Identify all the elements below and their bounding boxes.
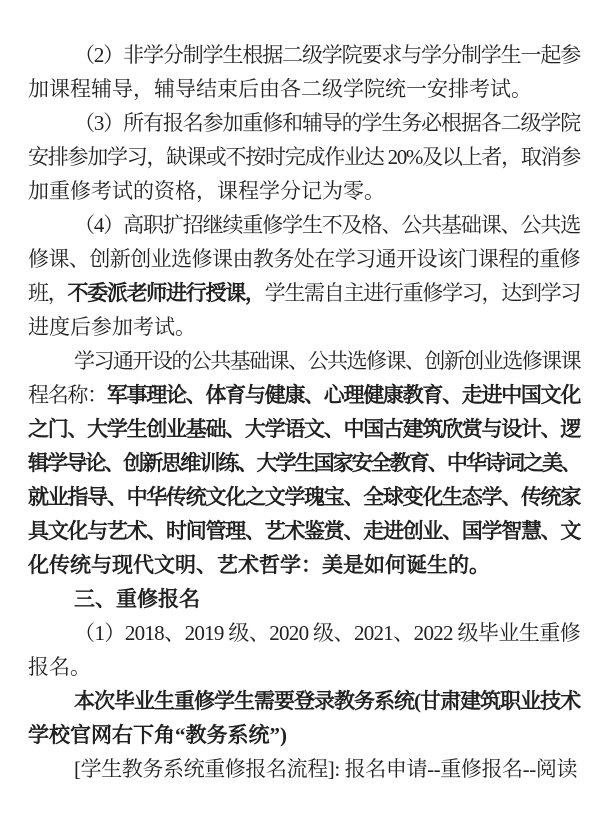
document-page: （2）非学分制学生根据二级学院要求与学分制学生一起参加课程辅导，辅导结束后由各二… <box>28 38 580 786</box>
text-line: （4）高职扩招继续重修学生不及格、公共基础课、公共选 <box>28 208 580 242</box>
text-segment: 学校官网右下角“教务系统”) <box>28 723 287 747</box>
text-line: 加重修考试的资格，课程学分记为零。 <box>28 174 580 208</box>
text-line: （3）所有报名参加重修和辅导的学生务必根据各二级学院 <box>28 106 580 140</box>
text-line: 修课、创新创业选修课由教务处在学习通开设该门课程的重修 <box>28 242 580 276</box>
text-segment: 本次毕业生重修学生需要登录教务系统(甘肃建筑职业技术 <box>74 689 580 713</box>
text-line: 三、重修报名 <box>28 582 580 616</box>
text-segment: 就业指导、中华传统文化之文学瑰宝、全球变化生态学、传统家 <box>28 485 580 509</box>
text-segment: 之门、大学生创业基础、大学语文、中国古建筑欣赏与设计、逻 <box>28 417 580 441</box>
text-segment: 军事理论、体育与健康、心理健康教育、走进中国文化 <box>107 383 580 407</box>
text-segment: 具文化与艺术、时间管理、艺术鉴赏、走进创业、国学智慧、文 <box>28 519 580 543</box>
text-segment: 加课程辅导，辅导结束后由各二级学院统一安排考试。 <box>28 77 532 101</box>
text-line: 班，不委派老师进行授课，学生需自主进行重修学习，达到学习 <box>28 276 580 310</box>
text-segment: 进度后参加考试。 <box>28 315 196 339</box>
text-line: 学习通开设的公共基础课、公共选修课、创新创业选修课课 <box>28 344 580 378</box>
text-line: 进度后参加考试。 <box>28 310 580 344</box>
text-line: [学生教务系统重修报名流程]: 报名申请--重修报名--阅读 <box>28 752 580 786</box>
text-segment: [学生教务系统重修报名流程]: 报名申请--重修报名--阅读 <box>74 757 577 781</box>
text-segment: 修课、创新创业选修课由教务处在学习通开设该门课程的重修 <box>28 247 580 271</box>
text-line: 就业指导、中华传统文化之文学瑰宝、全球变化生态学、传统家 <box>28 480 580 514</box>
text-line: 程名称：军事理论、体育与健康、心理健康教育、走进中国文化 <box>28 378 580 412</box>
text-line: 之门、大学生创业基础、大学语文、中国古建筑欣赏与设计、逻 <box>28 412 580 446</box>
text-segment: 程名称： <box>28 383 107 407</box>
text-line: 安排参加学习，缺课或不按时完成作业达 20%及以上者，取消参 <box>28 140 580 174</box>
text-segment: 学生需自主进行重修学习，达到学习 <box>265 281 580 305</box>
text-segment: 加重修考试的资格，课程学分记为零。 <box>28 179 385 203</box>
text-segment: （3）所有报名参加重修和辅导的学生务必根据各二级学院 <box>74 111 580 135</box>
text-segment: 不委派老师进行授课， <box>67 281 264 305</box>
text-segment: 学习通开设的公共基础课、公共选修课、创新创业选修课课 <box>74 349 580 373</box>
text-segment: 化传统与现代文明、艺术哲学：美是如何诞生的。 <box>28 553 490 577</box>
text-segment: （1）2018、2019 级、2020 级、2021、2022 级毕业生重修 <box>74 621 580 645</box>
text-line: 辑学导论、创新思维训练、大学生国家安全教育、中华诗词之美、 <box>28 446 580 480</box>
text-line: 本次毕业生重修学生需要登录教务系统(甘肃建筑职业技术 <box>28 684 580 718</box>
text-line: 报名。 <box>28 650 580 684</box>
text-line: 学校官网右下角“教务系统”) <box>28 718 580 752</box>
text-line: （2）非学分制学生根据二级学院要求与学分制学生一起参 <box>28 38 580 72</box>
text-segment: 辑学导论、创新思维训练、大学生国家安全教育、中华诗词之美、 <box>28 451 580 475</box>
text-line: （1）2018、2019 级、2020 级、2021、2022 级毕业生重修 <box>28 616 580 650</box>
text-line: 加课程辅导，辅导结束后由各二级学院统一安排考试。 <box>28 72 580 106</box>
text-segment: 报名。 <box>28 655 91 679</box>
text-line: 具文化与艺术、时间管理、艺术鉴赏、走进创业、国学智慧、文 <box>28 514 580 548</box>
text-segment: 安排参加学习，缺课或不按时完成作业达 20%及以上者，取消参 <box>28 145 580 169</box>
text-segment: （2）非学分制学生根据二级学院要求与学分制学生一起参 <box>74 43 580 67</box>
text-segment: 三、重修报名 <box>74 587 200 611</box>
text-segment: 班， <box>28 281 67 305</box>
text-segment: （4）高职扩招继续重修学生不及格、公共基础课、公共选 <box>74 213 580 237</box>
text-line: 化传统与现代文明、艺术哲学：美是如何诞生的。 <box>28 548 580 582</box>
